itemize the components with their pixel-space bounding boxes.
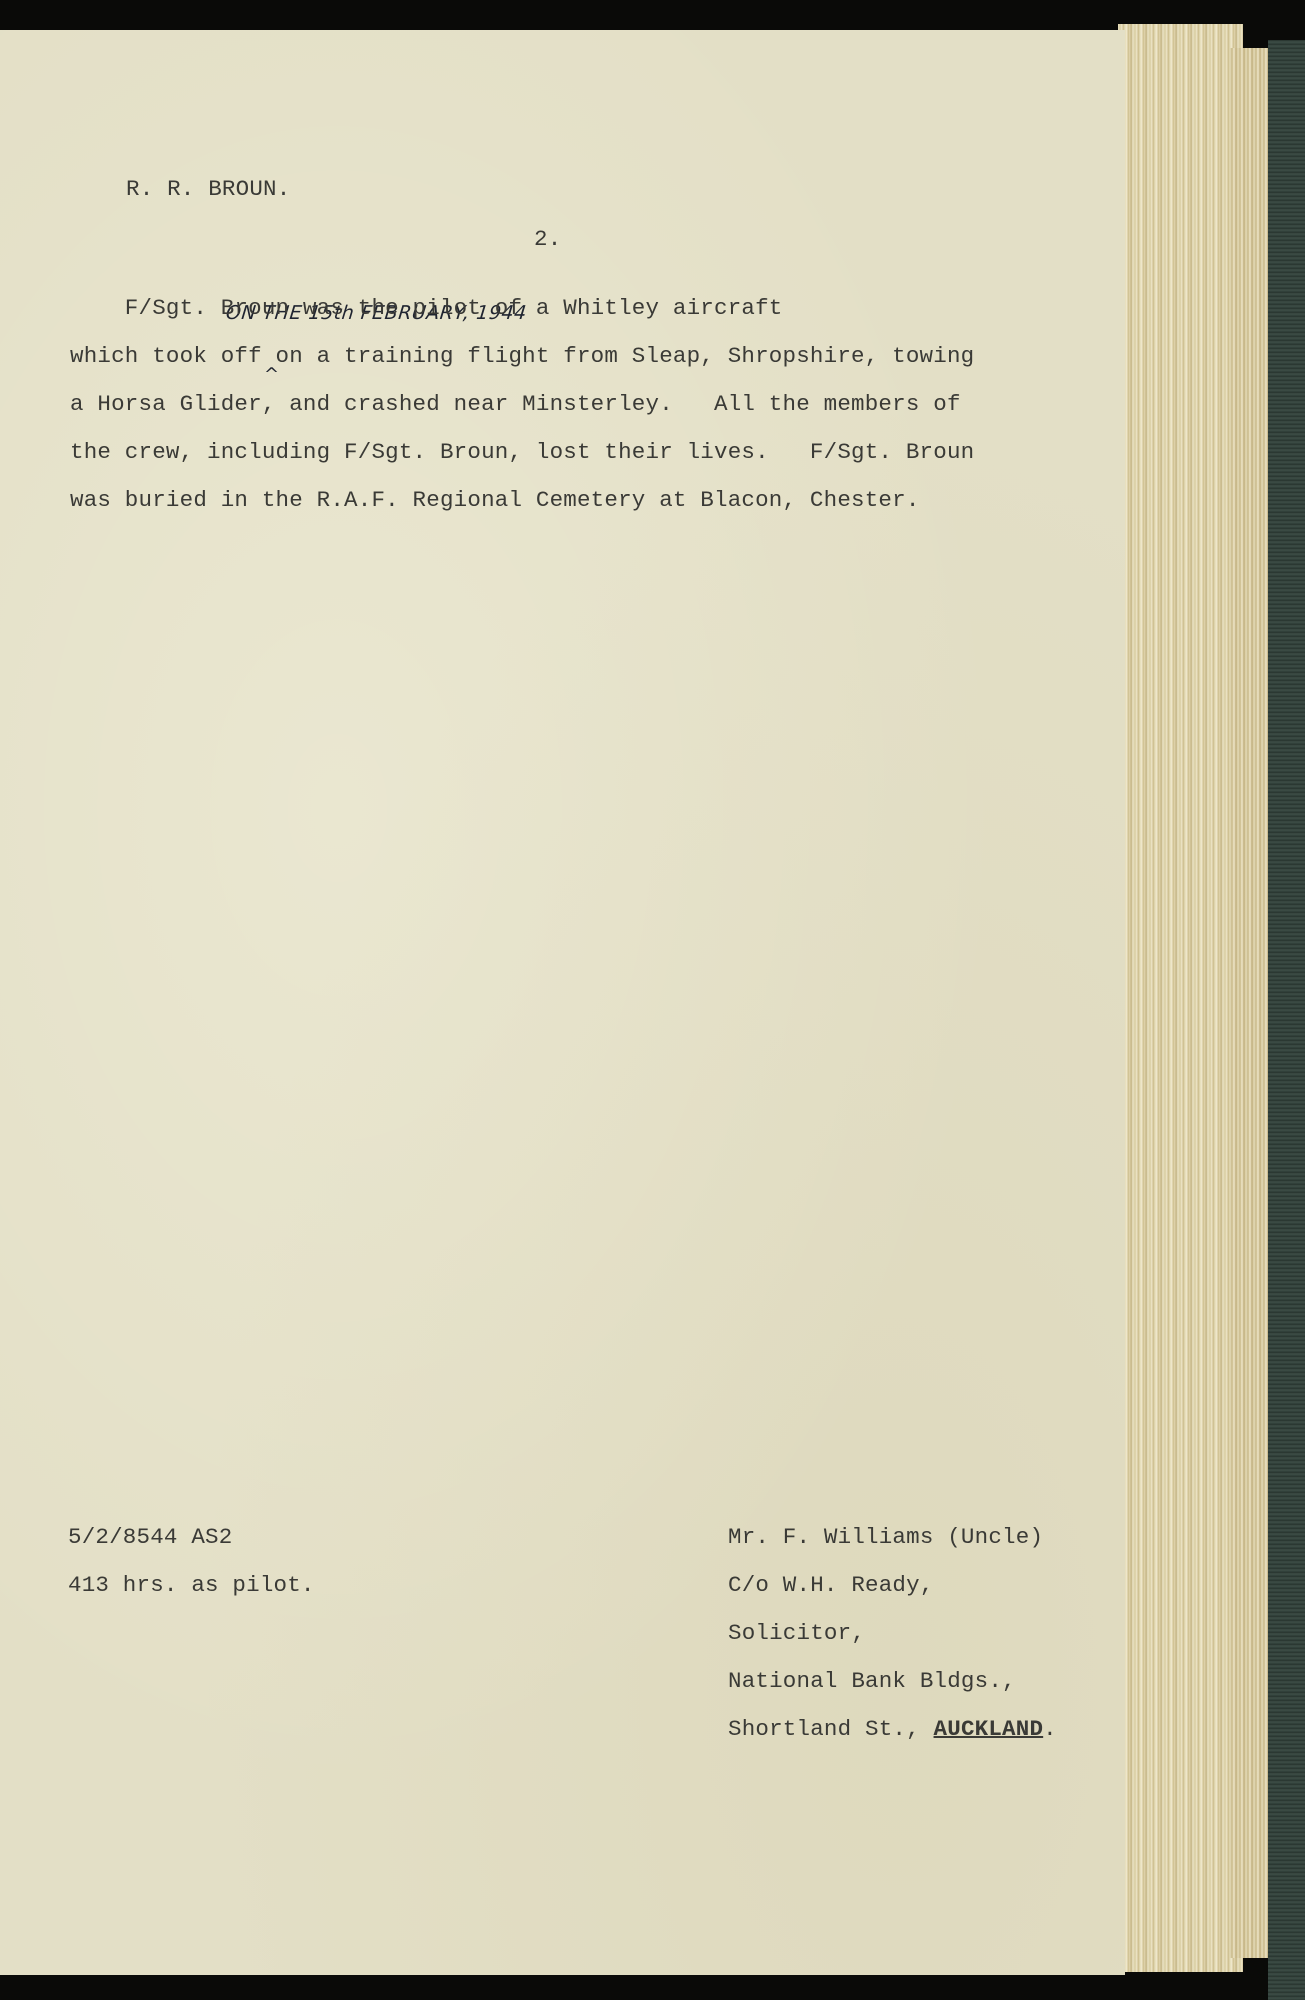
file-reference: 5/2/8544 AS2 xyxy=(68,1524,232,1550)
page-number: 2. xyxy=(534,226,561,252)
address-line: National Bank Bldgs., xyxy=(728,1668,1016,1694)
body-line: a Horsa Glider, and crashed near Minster… xyxy=(70,391,961,417)
body-line: which took off on a training flight from… xyxy=(70,343,974,369)
book-binding xyxy=(1268,40,1305,2000)
body-line: F/Sgt. Broun was the pilot of a Whitley … xyxy=(70,295,783,321)
address-line: C/o W.H. Ready, xyxy=(728,1572,934,1598)
body-line: the crew, including F/Sgt. Broun, lost t… xyxy=(70,439,974,465)
page-edges-stack xyxy=(1118,24,1243,1972)
flight-hours: 413 hrs. as pilot. xyxy=(68,1572,315,1598)
city-name: AUCKLAND xyxy=(934,1716,1044,1742)
street-text: Shortland St., xyxy=(728,1716,934,1742)
address-period: . xyxy=(1043,1716,1057,1742)
address-line: Solicitor, xyxy=(728,1620,865,1646)
address-line: Mr. F. Williams (Uncle) xyxy=(728,1524,1043,1550)
header-name: R. R. BROUN. xyxy=(126,176,290,202)
page-edges-stack-outer xyxy=(1230,48,1272,1958)
document-page: R. R. BROUN. 2. ON THE 15th FEBRUARY, 19… xyxy=(0,30,1125,1975)
body-line: was buried in the R.A.F. Regional Cemete… xyxy=(70,487,920,513)
address-line-street: Shortland St., AUCKLAND. xyxy=(728,1716,1057,1742)
